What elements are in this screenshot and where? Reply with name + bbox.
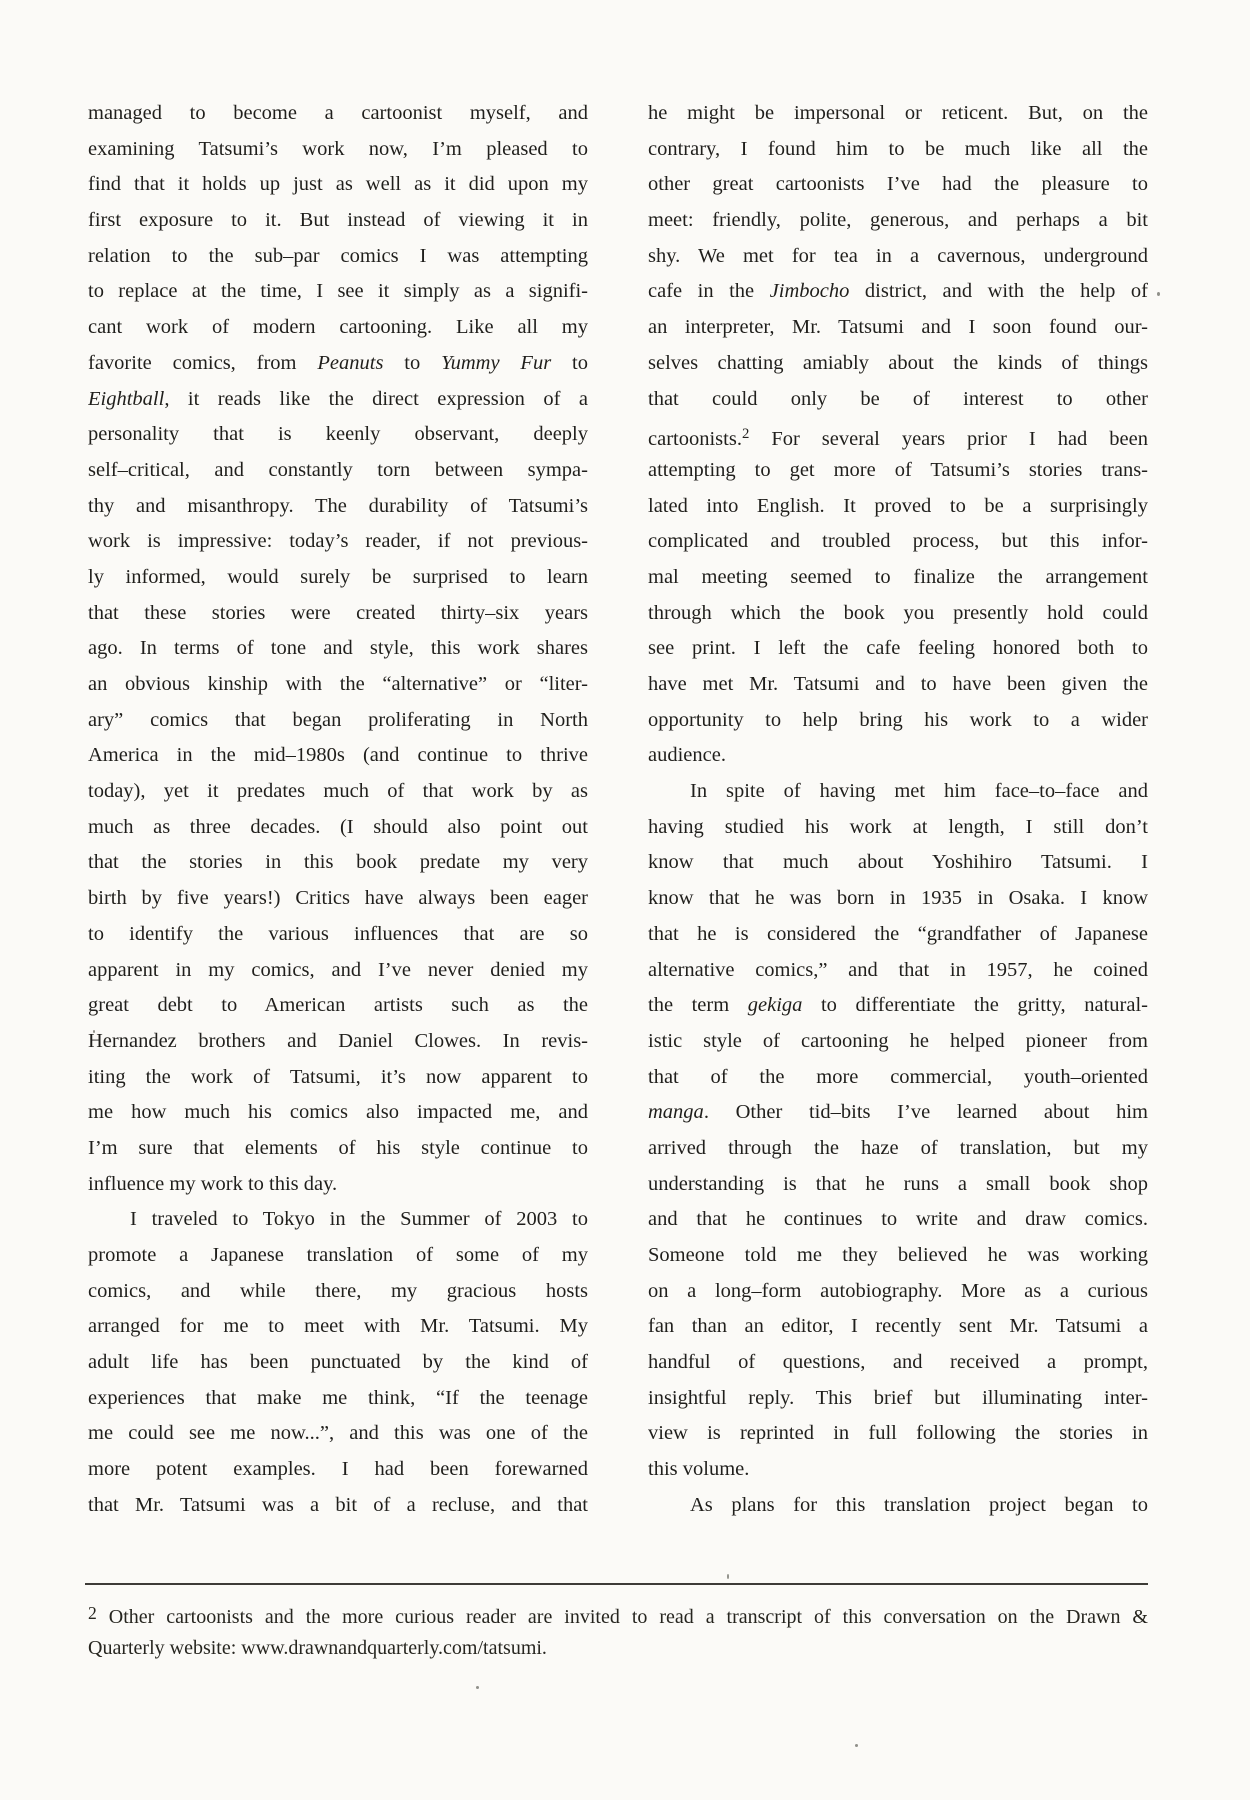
scan-speck (1157, 292, 1160, 296)
text-line: Hernandez brothers and Daniel Clowes. In… (88, 1024, 588, 1060)
text-line: cant work of modern cartooning. Like all… (88, 310, 588, 346)
text-line: I’m sure that elements of his style cont… (88, 1131, 588, 1167)
text-line: shy. We met for tea in a cavernous, unde… (648, 239, 1148, 275)
text-line: birth by five years!) Critics have alway… (88, 881, 588, 917)
text-line: mal meeting seemed to finalize the arran… (648, 560, 1148, 596)
text-line: today), yet it predates much of that wor… (88, 774, 588, 810)
text-line: examining Tatsumi’s work now, I’m please… (88, 132, 588, 168)
text-line: selves chatting amiably about the kinds … (648, 346, 1148, 382)
text-line: influence my work to this day. (88, 1167, 588, 1203)
footnote-reference-superscript: 2 (742, 426, 749, 442)
text-line: managed to become a cartoonist myself, a… (88, 96, 588, 132)
text-line: attempting to get more of Tatsumi’s stor… (648, 453, 1148, 489)
text-line: view is reprinted in full following the … (648, 1416, 1148, 1452)
text-line: lated into English. It proved to be a su… (648, 489, 1148, 525)
left-text-column: managed to become a cartoonist myself, a… (88, 96, 588, 1524)
text-line: great debt to American artists such as t… (88, 988, 588, 1024)
footnote-number: 2 (88, 1603, 97, 1623)
text-line: self–critical, and constantly torn betwe… (88, 453, 588, 489)
text-line: In spite of having met him face–to–face … (648, 774, 1148, 810)
text-line: other great cartoonists I’ve had the ple… (648, 167, 1148, 203)
text-line: favorite comics, from Peanuts to Yummy F… (88, 346, 588, 382)
text-line: me could see me now...”, and this was on… (88, 1416, 588, 1452)
text-line: ly informed, would surely be surprised t… (88, 560, 588, 596)
text-line: comics, and while there, my gracious hos… (88, 1274, 588, 1310)
text-line: Quarterly website: www.drawnandquarterly… (88, 1631, 1148, 1666)
text-line: 2 Other cartoonists and the more curious… (88, 1596, 1148, 1631)
italic-title: manga (648, 1101, 704, 1123)
text-line: iting the work of Tatsumi, it’s now appa… (88, 1060, 588, 1096)
text-line: istic style of cartooning he helped pion… (648, 1024, 1148, 1060)
italic-title: gekiga (748, 994, 803, 1016)
text-line: ago. In terms of tone and style, this wo… (88, 631, 588, 667)
text-line: that of the more commercial, youth–orien… (648, 1060, 1148, 1096)
text-line: an interpreter, Mr. Tatsumi and I soon f… (648, 310, 1148, 346)
text-line: that could only be of interest to other (648, 382, 1148, 418)
text-line: handful of questions, and received a pro… (648, 1345, 1148, 1381)
text-line: thy and misanthropy. The durability of T… (88, 489, 588, 525)
text-line: much as three decades. (I should also po… (88, 810, 588, 846)
right-text-column: he might be impersonal or reticent. But,… (648, 96, 1148, 1524)
two-column-text-block: managed to become a cartoonist myself, a… (88, 96, 1148, 1524)
text-line: alternative comics,” and that in 1957, h… (648, 953, 1148, 989)
text-line: Someone told me they believed he was wor… (648, 1238, 1148, 1274)
text-line: Eightball, it reads like the direct expr… (88, 382, 588, 418)
text-line: meet: friendly, polite, generous, and pe… (648, 203, 1148, 239)
text-line: relation to the sub–par comics I was att… (88, 239, 588, 275)
text-line: ary” comics that began proliferating in … (88, 703, 588, 739)
italic-title: Yummy Fur (441, 352, 551, 374)
text-line: the term gekiga to differentiate the gri… (648, 988, 1148, 1024)
scan-speck (476, 1686, 479, 1689)
text-line: know that he was born in 1935 in Osaka. … (648, 881, 1148, 917)
text-line: personality that is keenly observant, de… (88, 417, 588, 453)
text-line: find that it holds up just as well as it… (88, 167, 588, 203)
text-line: understanding is that he runs a small bo… (648, 1167, 1148, 1203)
text-line: complicated and troubled process, but th… (648, 524, 1148, 560)
text-line: that Mr. Tatsumi was a bit of a recluse,… (88, 1488, 588, 1524)
text-line: an obvious kinship with the “alternative… (88, 667, 588, 703)
scan-speck (727, 1574, 729, 1579)
text-line: arranged for me to meet with Mr. Tatsumi… (88, 1309, 588, 1345)
text-line: promote a Japanese translation of some o… (88, 1238, 588, 1274)
text-line: I traveled to Tokyo in the Summer of 200… (88, 1202, 588, 1238)
text-line: that these stories were created thirty–s… (88, 596, 588, 632)
text-line: work is impressive: today’s reader, if n… (88, 524, 588, 560)
text-line: me how much his comics also impacted me,… (88, 1095, 588, 1131)
text-line: through which the book you presently hol… (648, 596, 1148, 632)
text-line: America in the mid–1980s (and continue t… (88, 738, 588, 774)
italic-title: Peanuts (317, 352, 383, 374)
scan-speck (855, 1744, 858, 1747)
text-line: more potent examples. I had been forewar… (88, 1452, 588, 1488)
scan-speck (93, 1030, 95, 1033)
italic-title: Eightball (88, 388, 164, 410)
text-line: apparent in my comics, and I’ve never de… (88, 953, 588, 989)
text-line: insightful reply. This brief but illumin… (648, 1381, 1148, 1417)
text-line: this volume. (648, 1452, 1148, 1488)
text-line: have met Mr. Tatsumi and to have been gi… (648, 667, 1148, 703)
italic-title: Jimbocho (770, 280, 850, 302)
text-line: that the stories in this book predate my… (88, 845, 588, 881)
text-line: opportunity to help bring his work to a … (648, 703, 1148, 739)
text-line: first exposure to it. But instead of vie… (88, 203, 588, 239)
text-line: As plans for this translation project be… (648, 1488, 1148, 1524)
footnote-divider-rule (85, 1583, 1148, 1585)
text-line: know that much about Yoshihiro Tatsumi. … (648, 845, 1148, 881)
text-line: adult life has been punctuated by the ki… (88, 1345, 588, 1381)
text-line: see print. I left the cafe feeling honor… (648, 631, 1148, 667)
text-line: that he is considered the “grandfather o… (648, 917, 1148, 953)
text-line: fan than an editor, I recently sent Mr. … (648, 1309, 1148, 1345)
text-line: to replace at the time, I see it simply … (88, 274, 588, 310)
text-line: he might be impersonal or reticent. But,… (648, 96, 1148, 132)
text-line: manga. Other tid–bits I’ve learned about… (648, 1095, 1148, 1131)
text-line: contrary, I found him to be much like al… (648, 132, 1148, 168)
text-line: arrived through the haze of translation,… (648, 1131, 1148, 1167)
text-line: experiences that make me think, “If the … (88, 1381, 588, 1417)
text-line: on a long–form autobiography. More as a … (648, 1274, 1148, 1310)
text-line: cafe in the Jimbocho district, and with … (648, 274, 1148, 310)
footnote-text: 2 Other cartoonists and the more curious… (88, 1596, 1148, 1666)
text-line: and that he continues to write and draw … (648, 1202, 1148, 1238)
text-line: having studied his work at length, I sti… (648, 810, 1148, 846)
text-line: to identify the various influences that … (88, 917, 588, 953)
text-line: cartoonists.2 For several years prior I … (648, 417, 1148, 453)
text-line: audience. (648, 738, 1148, 774)
